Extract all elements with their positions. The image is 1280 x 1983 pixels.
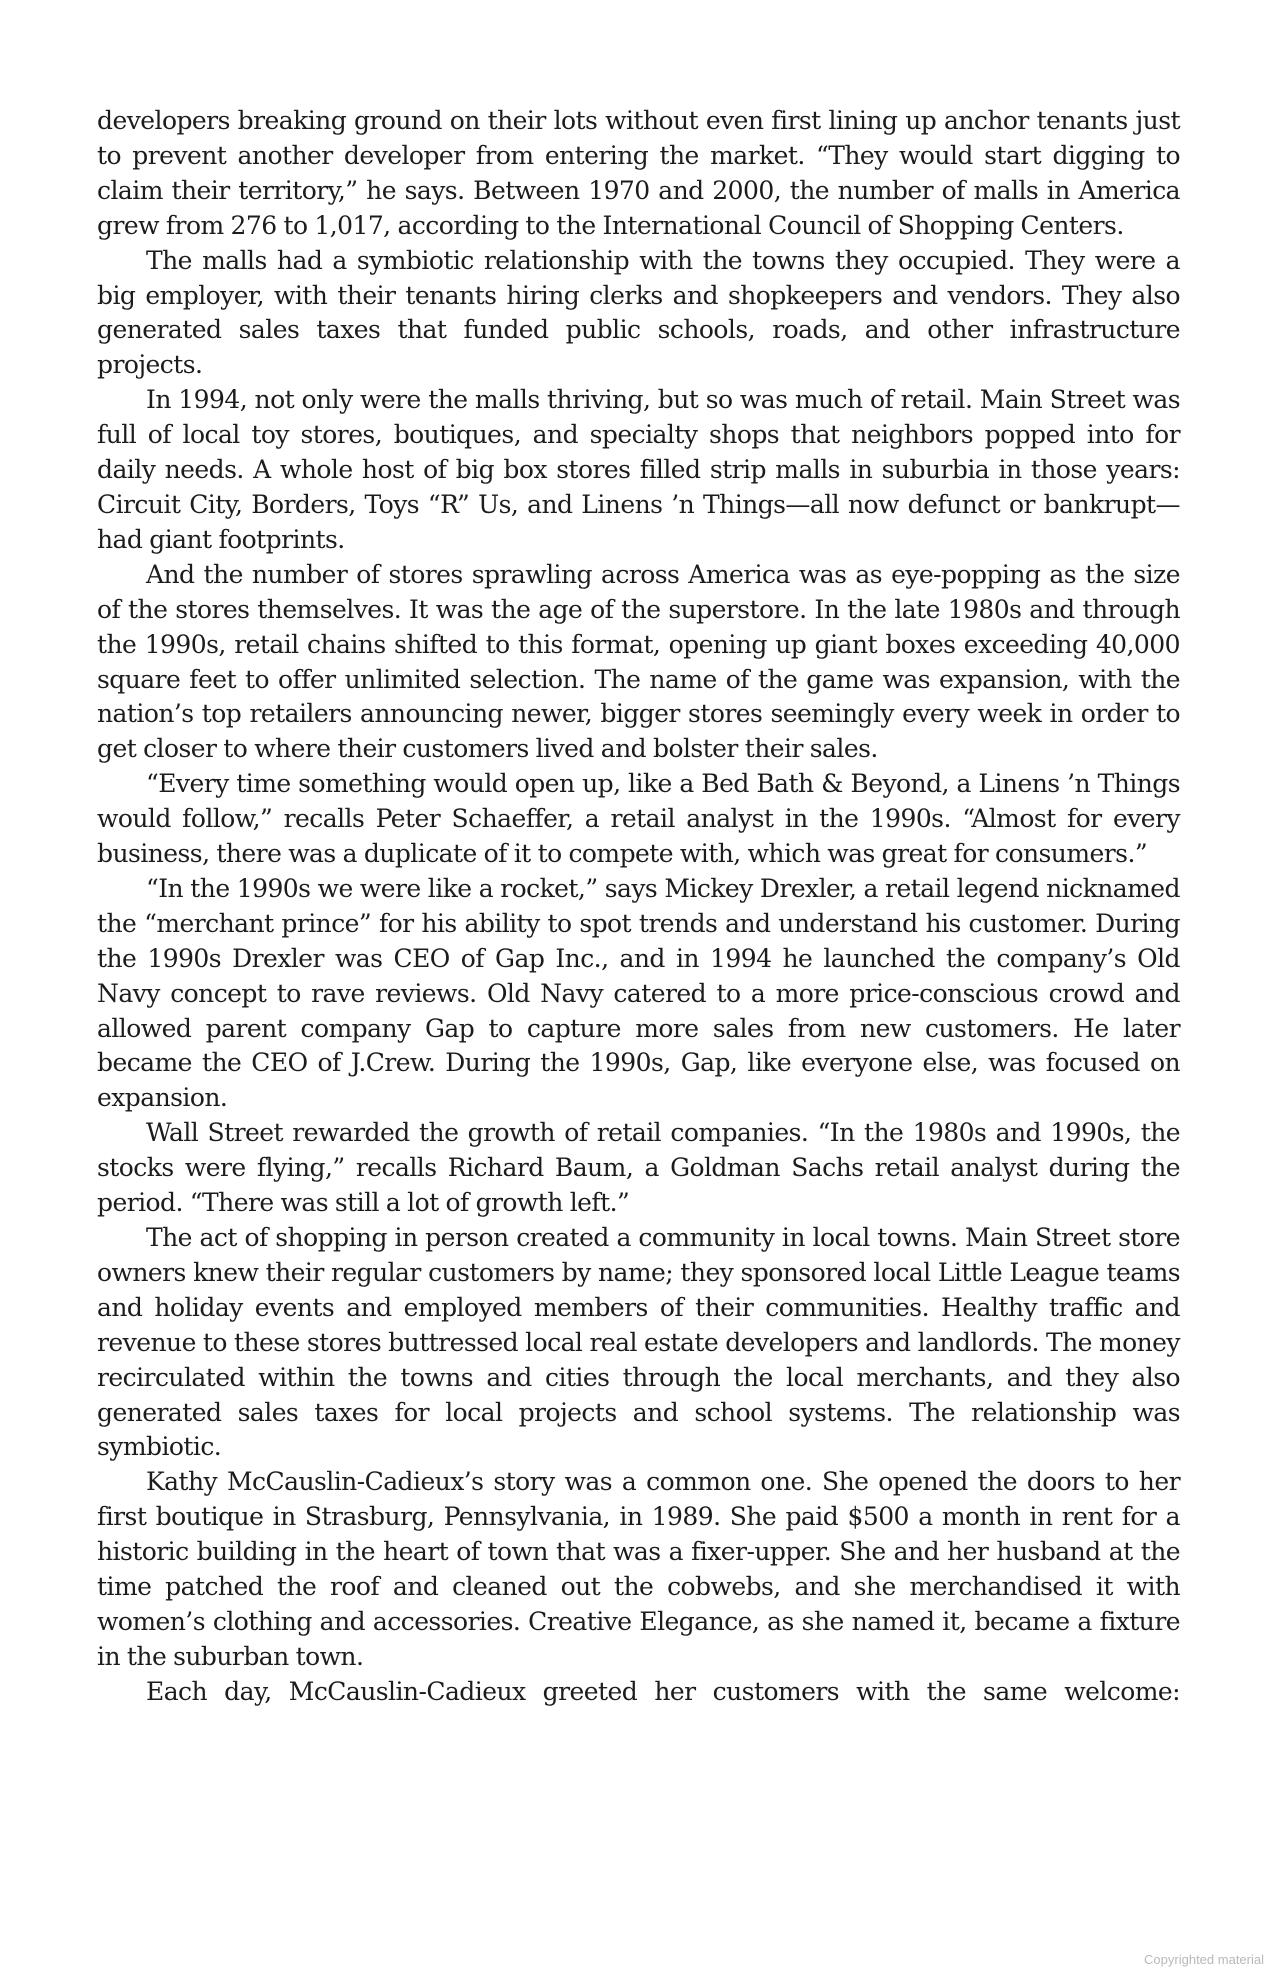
paragraph-mall-growth: developers breaking ground on their lots… <box>97 104 1180 244</box>
paragraph-each-day: Each day, McCauslin-Cadieux greeted her … <box>97 1675 1180 1710</box>
paragraph-superstore-age: And the number of stores sprawling acros… <box>97 558 1180 767</box>
book-page-body: developers breaking ground on their lots… <box>97 104 1180 1710</box>
paragraph-mccauslin-story: Kathy McCauslin-Cadieux’s story was a co… <box>97 1465 1180 1674</box>
paragraph-1994-retail: In 1994, not only were the malls thrivin… <box>97 383 1180 558</box>
copyright-watermark: Copyrighted material <box>1144 1952 1264 1967</box>
paragraph-drexler-quote: “In the 1990s we were like a rocket,” sa… <box>97 872 1180 1116</box>
paragraph-community: The act of shopping in person created a … <box>97 1221 1180 1465</box>
paragraph-schaeffer-quote: “Every time something would open up, lik… <box>97 767 1180 872</box>
paragraph-wall-street: Wall Street rewarded the growth of retai… <box>97 1116 1180 1221</box>
paragraph-symbiotic-relationship: The malls had a symbiotic relationship w… <box>97 244 1180 384</box>
